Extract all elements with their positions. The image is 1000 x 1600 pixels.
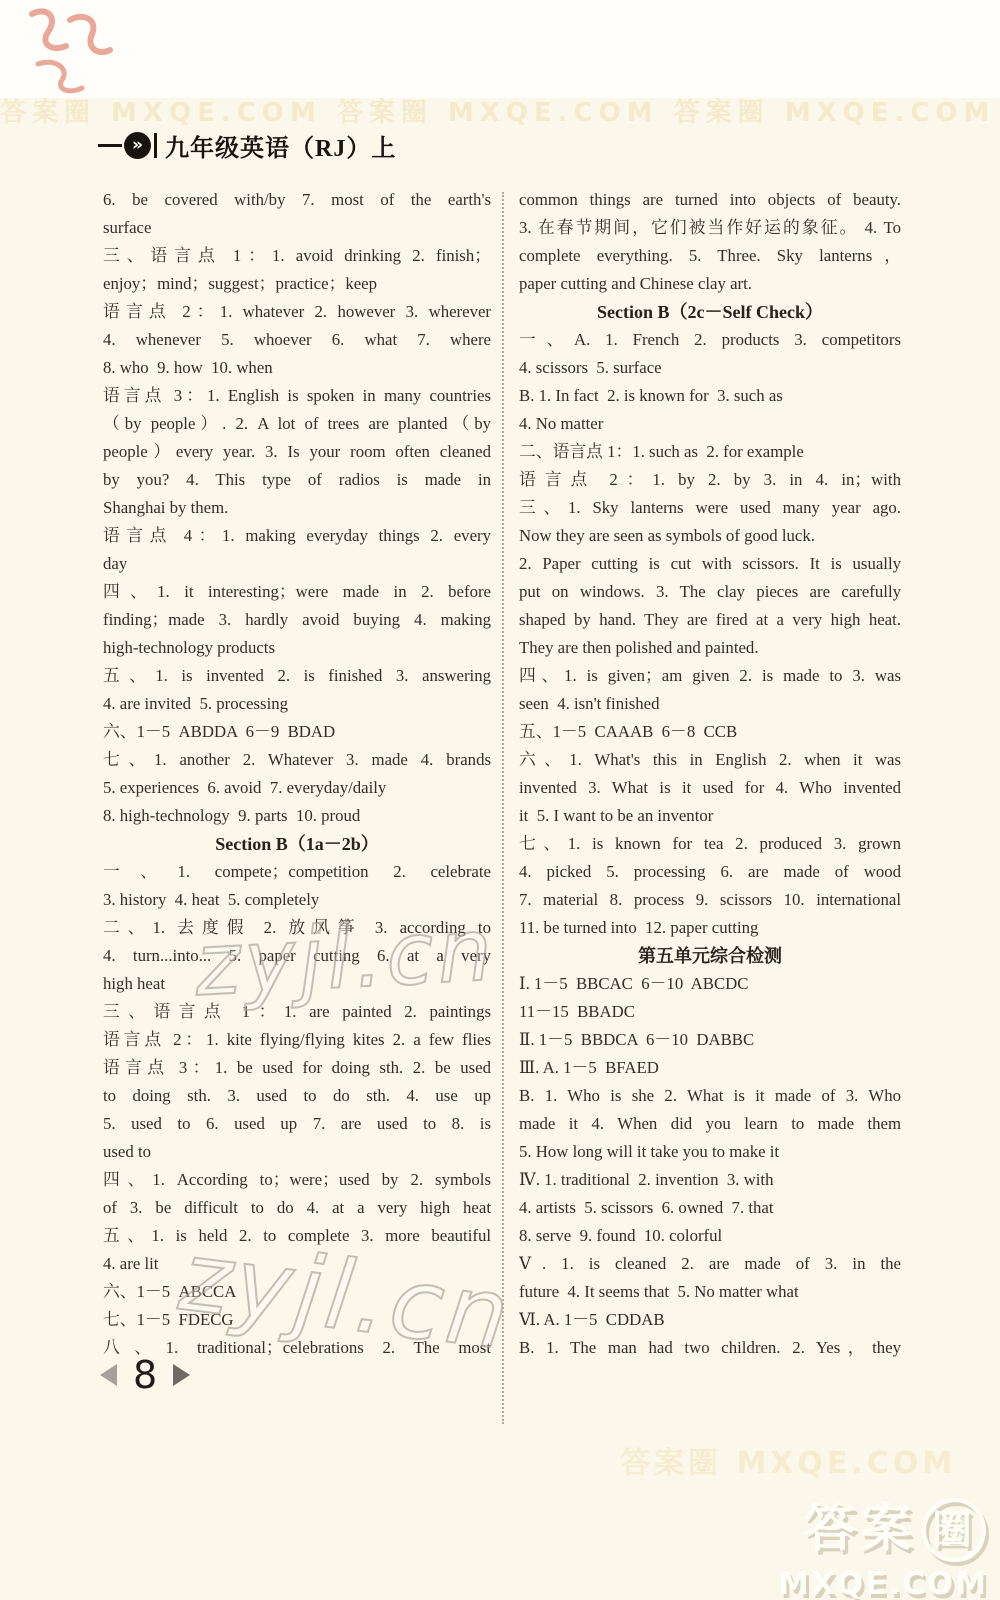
answer-line: 七、1. another 2. Whatever 3. made 4. bran… — [103, 746, 491, 774]
section-heading: Section B（2c－Self Check） — [519, 298, 901, 326]
answer-line: people）every year. 3. Is your room often… — [103, 438, 491, 466]
answer-line: 三、语言点 1：1. avoid drinking 2. finish； — [103, 242, 491, 270]
answer-line: paper cutting and Chinese clay art. — [519, 270, 901, 298]
answer-line: 语言点 3：1. English is spoken in many count… — [103, 382, 491, 410]
answer-line: 5. How long will it take you to make it — [519, 1138, 901, 1166]
section-heading: 第五单元综合检测 — [519, 942, 901, 970]
answer-column-right: common things are turned into objects of… — [519, 186, 901, 1362]
answer-line: shaped by hand. They are fired at a very… — [519, 606, 901, 634]
fast-forward-icon: » — [124, 132, 151, 159]
answer-column-left: 6. be covered with/by 7. most of the ear… — [103, 186, 491, 1362]
answer-line: 8. serve 9. found 10. colorful — [519, 1222, 901, 1250]
header-dash — [98, 144, 122, 147]
answer-line: Shanghai by them. — [103, 494, 491, 522]
answer-line: 语言点 2：1. whatever 2. however 3. wherever — [103, 298, 491, 326]
answer-line: to doing sth. 3. used to do sth. 4. use … — [103, 1082, 491, 1110]
answer-line: it 5. I want to be an inventor — [519, 802, 901, 830]
answer-line: 8. high-technology 9. parts 10. proud — [103, 802, 491, 830]
answer-line: 二、1. 去度假 2. 放风筝 3. according to — [103, 914, 491, 942]
answer-line: Ⅱ. 1－5 BBDCA 6－10 DABBC — [519, 1026, 901, 1054]
answer-line: 三、1. Sky lanterns were used many year ag… — [519, 494, 901, 522]
answer-line: enjoy；mind；suggest；practice；keep — [103, 270, 491, 298]
next-page-icon — [173, 1364, 190, 1386]
answer-line: 4. are invited 5. processing — [103, 690, 491, 718]
answer-line: 语言点 2：1. kite flying/flying kites 2. a f… — [103, 1026, 491, 1054]
answer-line: surface — [103, 214, 491, 242]
answer-line: 3. 在春节期间，它们被当作好运的象征。 4. To — [519, 214, 901, 242]
answer-line: future 4. It seems that 5. No matter wha… — [519, 1278, 901, 1306]
prev-page-icon — [100, 1364, 117, 1386]
red-pen-marks — [18, 2, 118, 97]
answer-line: 11. be turned into 12. paper cutting — [519, 914, 901, 942]
stamp-chars: 答案 — [804, 1501, 916, 1558]
answer-line: high-technology products — [103, 634, 491, 662]
answer-line: Ⅳ. 1. traditional 2. invention 3. with — [519, 1166, 901, 1194]
answer-line: 六、1. What's this in English 2. when it w… — [519, 746, 901, 774]
answer-line: put on windows. 3. The clay pieces are c… — [519, 578, 901, 606]
answer-line: complete everything. 5. Three. Sky lante… — [519, 242, 901, 270]
answer-line: 6. be covered with/by 7. most of the ear… — [103, 186, 491, 214]
answer-line: 5. experiences 6. avoid 7. everyday/dail… — [103, 774, 491, 802]
answer-line: 六、1－5 ABCCA — [103, 1278, 491, 1306]
column-divider — [502, 192, 504, 1424]
top-white-margin — [0, 0, 1000, 98]
answer-line: 4. whenever 5. whoever 6. what 7. where — [103, 326, 491, 354]
answer-line: B. 1. In fact 2. is known for 3. such as — [519, 382, 901, 410]
answer-line: used to — [103, 1138, 491, 1166]
answer-line: 11－15 BBADC — [519, 998, 901, 1026]
answer-line: 2. Paper cutting is cut with scissors. I… — [519, 550, 901, 578]
answer-line: 一、A. 1. French 2. products 3. competitor… — [519, 326, 901, 354]
page-title: 九年级英语（RJ）上 — [165, 128, 396, 163]
answer-line: 四、1. According to；were；used by 2. symbol… — [103, 1166, 491, 1194]
answer-line: 7. material 8. process 9. scissors 10. i… — [519, 886, 901, 914]
answer-line: B. 1. Who is she 2. What is it made of 3… — [519, 1082, 901, 1110]
answer-line: 语言点 2：1. by 2. by 3. in 4. in；with — [519, 466, 901, 494]
answer-line: Ⅵ. A. 1－5 CDDAB — [519, 1306, 901, 1334]
stamp-url: MXQE.COM — [778, 1566, 992, 1600]
answer-line: 三、语言点 1：1. are painted 2. paintings — [103, 998, 491, 1026]
answer-line: 五、1－5 CAAAB 6－8 CCB — [519, 718, 901, 746]
answer-line: 语言点 4：1. making everyday things 2. every — [103, 522, 491, 550]
answer-line: Ⅴ. 1. is cleaned 2. are made of 3. in th… — [519, 1250, 901, 1278]
answer-line: 4. scissors 5. surface — [519, 354, 901, 382]
answer-line: day — [103, 550, 491, 578]
answer-line: （by people）. 2. A lot of trees are plant… — [103, 410, 491, 438]
answer-line: by you? 4. This type of radios is made i… — [103, 466, 491, 494]
faint-stamp-echo: 答案圈 MXQE.COM — [620, 1438, 1000, 1498]
answer-line: of 3. be difficult to do 4. at a very hi… — [103, 1194, 491, 1222]
answer-line: 四、1. is given；am given 2. is made to 3. … — [519, 662, 901, 690]
answer-line: made it 4. When did you learn to made th… — [519, 1110, 901, 1138]
answer-line: common things are turned into objects of… — [519, 186, 901, 214]
answer-line: 5. used to 6. used up 7. are used to 8. … — [103, 1110, 491, 1138]
answer-line: 4. picked 5. processing 6. are made of w… — [519, 858, 901, 886]
answer-line: 语言点 3：1. be used for doing sth. 2. be us… — [103, 1054, 491, 1082]
answer-line: 8. who 9. how 10. when — [103, 354, 491, 382]
answer-site-stamp: 答案 圈 MXQE.COM — [778, 1498, 992, 1600]
answer-line: seen 4. isn't finished — [519, 690, 901, 718]
answer-line: 二、语言点 1：1. such as 2. for example — [519, 438, 901, 466]
answer-line: 4. artists 5. scissors 6. owned 7. that — [519, 1194, 901, 1222]
stamp-text: 答案 圈 — [778, 1498, 992, 1562]
answer-line: Ⅲ. A. 1－5 BFAED — [519, 1054, 901, 1082]
answer-line: invented 3. What is it used for 4. Who i… — [519, 774, 901, 802]
faint-watermark-band: 答案圈 MXQE.COM 答案圈 MXQE.COM 答案圈 MXQE.COM 答… — [0, 92, 1000, 132]
page-number-block: 8 — [100, 1356, 190, 1394]
answer-line: high heat — [103, 970, 491, 998]
answer-line: 四、1. it interesting；were made in 2. befo… — [103, 578, 491, 606]
answer-line: finding；made 3. hardly avoid buying 4. m… — [103, 606, 491, 634]
answer-line: 七、1. is known for tea 2. produced 3. gro… — [519, 830, 901, 858]
stamp-circle-char: 圈 — [922, 1498, 986, 1562]
answer-line: They are then polished and painted. — [519, 634, 901, 662]
answer-line: 七、1－5 FDECG — [103, 1306, 491, 1334]
answer-line: 六、1－5 ABDDA 6－9 BDAD — [103, 718, 491, 746]
page-number: 8 — [133, 1356, 157, 1394]
header-bar — [154, 133, 157, 158]
answer-line: 五、1. is held 2. to complete 3. more beau… — [103, 1222, 491, 1250]
scanned-answer-page: 答案圈 MXQE.COM 答案圈 MXQE.COM 答案圈 MXQE.COM 答… — [0, 0, 1000, 1600]
answer-line: 4. turn...into... 5. paper cutting 6. at… — [103, 942, 491, 970]
answer-line: Now they are seen as symbols of good luc… — [519, 522, 901, 550]
answer-line: 4. No matter — [519, 410, 901, 438]
answer-line: 3. history 4. heat 5. completely — [103, 886, 491, 914]
answer-line: 五、1. is invented 2. is finished 3. answe… — [103, 662, 491, 690]
answer-line: Ⅰ. 1－5 BBCAC 6－10 ABCDC — [519, 970, 901, 998]
book-header: » 九年级英语（RJ）上 — [98, 128, 396, 163]
answer-line: 4. are lit — [103, 1250, 491, 1278]
section-heading: Section B（1a－2b） — [103, 830, 491, 858]
answer-line: B. 1. The man had two children. 2. Yes，t… — [519, 1334, 901, 1362]
answer-line: 一、1. compete；competition 2. celebrate — [103, 858, 491, 886]
